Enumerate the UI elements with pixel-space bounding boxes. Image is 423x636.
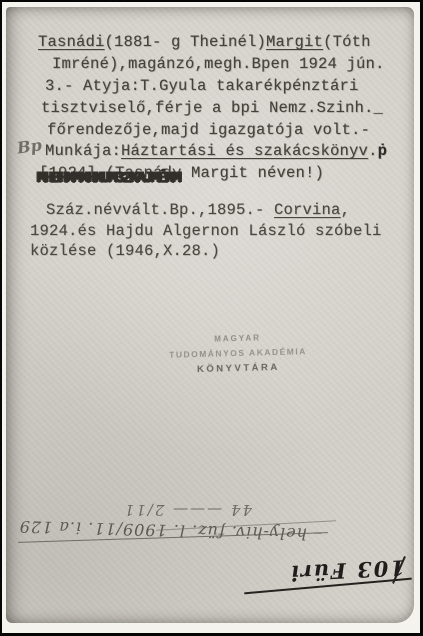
ink-note-upside-down: 103 Füri [254,555,405,588]
firstname-underlined: Margit [266,33,323,51]
sources-paragraph: Száz.névvált.Bp.,1895.- Corvina, 1924.és… [30,200,410,262]
source-prefix: Száz.névvált.Bp.,1895.- [46,201,274,219]
surname-underlined: Tasnádi [38,33,105,51]
scanned-card-photo: Tasnádi(1881- g Theinél)Margit(Tóth Imré… [0,0,423,636]
typed-line: 1924.és Hajdu Algernon László szóbeli [30,221,410,242]
handwritten-check-mark: ṗ [378,142,388,160]
library-stamp: MAGYAR TUDOMÁNYOS AKADÉMIA KÖNYVTÁRA [152,332,325,376]
typed-text-block: Tasnádi(1881- g Theinél)Margit(Tóth Imré… [38,32,410,185]
pencil-note-short: 44 ——— 2/11 [22,501,322,519]
line1-middle: (1881- g Theinél) [105,33,267,51]
line1-end: (Tóth [323,33,371,51]
typed-line: Imréné),magánzó,megh.Bpen 1924 jún. [38,54,410,76]
work-title-underlined: Háztartási és szakácskönyv [121,142,368,160]
typed-line: közlése (1946,X.28.) [30,241,410,262]
work-period: . [368,142,378,160]
stamp-line: KÖNYVTÁRA [152,361,324,376]
typed-line: Száz.névvált.Bp.,1895.- Corvina, [30,200,410,221]
typed-line: Munkája:Háztartási és szakácskönyv.ṗ [38,141,410,163]
overstruck-typed-line: MHBHXMXHKUM32KAJMÉKM [37,169,179,187]
index-card: Tasnádi(1881- g Theinél)Margit(Tóth Imré… [6,7,414,623]
typed-line: Tasnádi(1881- g Theinél)Margit(Tóth [38,32,410,54]
source-title-underlined: Corvina [274,201,341,219]
typed-line: 3.- Atyja:T.Gyula takarékpénztári [38,76,410,98]
typed-line: főrendezője,majd igazgatója volt.- [38,120,410,142]
pencil-margin-note: Bp [16,135,43,157]
typed-line: tisztviselő,férje a bpi Nemz.Szinh._ [38,98,410,120]
work-label: Munkája: [45,142,121,160]
stamp-line: MAGYAR [152,332,324,345]
stamp-line: TUDOMÁNYOS AKADÉMIA [152,346,324,360]
source-comma: , [341,201,351,219]
